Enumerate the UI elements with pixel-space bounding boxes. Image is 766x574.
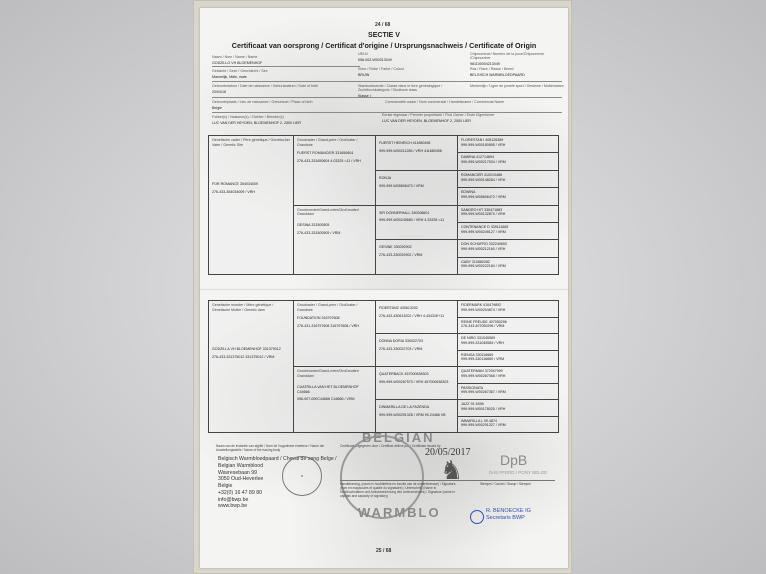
stamp-text-bottom: WARMBLO [358,505,441,520]
ggg-cell: PASSIONATA999-999-W00267367 / VRM [458,383,559,400]
page-number-bottom: 25 / 68 [376,548,391,554]
field-birthplace: Geboorteplaats / Lieu de naissance / Geb… [212,100,362,110]
field-commercial-name: Commerciele naam / Nom commercial / Hand… [385,100,560,104]
field-ueln: UELN056-002-W00313049 [358,52,478,62]
dpb-subtitle: DAS PFERD / PONY BELGE [488,470,548,475]
grandsire-cell: Grootvader / Grand-père / Großvater / Gr… [294,301,376,367]
certificate-title: Certificaat van oorsprong / Certificat d… [200,41,568,50]
divider [212,97,562,98]
gg-cell: DINMARILLA DE LA FAZENDA999-999-W0029132… [376,400,458,433]
round-stamp-icon: ✿ [282,456,322,496]
ggg-cell: FIDERMARK 410479892999-999-W00204874 / V… [458,301,559,318]
issuing-body-label: Naam van de instantie van afgifte / Nom … [216,444,336,452]
divider [212,81,562,82]
ggg-cell: GABY 310880282999-999-W00222184 / VRM [458,257,559,274]
granddam-cell: Grootmoeder/Grand-mère/Großmutter/ Grand… [294,367,376,433]
field-discipline: Merkenlijn / Ligne de jumelé sport / Gew… [470,84,565,88]
field-name: Naam / Nom / Name / NameGODZILLO VH BLOE… [212,55,352,65]
field-breed: Ras / Race / Rasse / BreedBELGISCH WARMB… [470,67,565,77]
ggg-cell: CONTENANCE D 339111665999-999-W00249127 … [458,222,559,239]
certificate-page-top: 24 / 68 SECTIE V Certificaat van oorspro… [200,8,568,291]
ggg-cell: SANDRO HIT 335471883999-999-W00132870 / … [458,205,559,222]
ggg-cell: FLORESTAN I 408126389999-999-W00180895 /… [458,136,559,153]
ggg-cell: DAWINA 412714894999-999-W00217534 / VRM [458,153,559,170]
field-chip: Chipnummer/ Numéro de la puce/Chipnummer… [470,52,565,67]
field-first-owner: Eerste eigenaar / Premier propriétaire /… [382,113,562,123]
ggg-cell: ROMANCIER 410010488999-999-W00148264 / V… [458,170,559,187]
gg-cell: RONJA999-999-W05606473 / VRM [376,170,458,205]
ggg-cell: IMMARILLA L 90.4874999-999-W00291327 / V… [458,416,559,433]
gg-cell: FUERST HEINRICH 411680498999-999-W002112… [376,136,458,171]
dpb-logo: DpB [500,452,527,468]
ggg-cell: QUATERMAN 372047999999-999-W00267068 / V… [458,367,559,384]
signature-label: Handtekening, (naam in hoofdletters en f… [340,482,460,499]
ggg-cell: RIENGA 330116660999-999-330116660 / VRM [458,350,559,367]
field-breeder: Fokker(s) / Naisseur(s) / Züchter / Bree… [212,115,362,125]
field-sex: Geslacht / Sexe / Geschlecht / SexMannel… [212,69,352,79]
certificate-page-bottom: Genetische moeder / Mère génétique / Gen… [200,290,568,568]
stamp-label: Stempel / Cachet / Stamp / Stempel [480,482,560,486]
gg-cell: SIR DONNERHALL 330008601999-999-W0024568… [376,205,458,240]
gg-cell: DONNA DORIA 330022703276-433-330022703 /… [376,334,458,367]
blue-seal-icon [470,510,484,524]
stamp-text-top: BELGIAN [362,430,435,445]
grandsire-cell: Grootvader / Grand-père / Großvater / Gr… [294,136,376,206]
gg-cell: FIDERTANZ 430613202276-443-430613202 / V… [376,301,458,334]
page-number-top: 24 / 68 [375,22,390,28]
gg-cell: GESINE 330092902276-433-330092902 / VRM [376,240,458,275]
dam-cell: Genetische moeder / Mère génétique / Gen… [209,301,294,433]
granddam-cell: Grootmoeder/Grand-mère/Großmutter/ Grand… [294,205,376,275]
divider [340,480,555,481]
section-title: SECTIE V [200,32,568,39]
ggg-cell: DE NIRO 331045589999-999-331045589 / VRH [458,334,559,351]
field-colour: Kleur / Robe / Farbe / ColourBRUIN [358,67,468,77]
sire-cell: Genetische vader / Père génétique / Gene… [209,136,294,275]
ggg-cell: REINE FREUDE 407050296276-343-407050296 … [458,317,559,334]
ggg-cell: DON SCHUFRO 332240693999-999-W00212160 /… [458,240,559,257]
blue-stamp: R. BENOECKE IG Secretaris BWP [486,508,531,521]
ggg-cell: JAZZ 91 6398999-999-W00178025 / VRH [458,400,559,417]
gg-cell: QUATERBACK 457000638303999-999-W00267570… [376,367,458,400]
pedigree-sire-table: Genetische vader / Père génétique / Gene… [208,135,559,275]
pedigree-dam-table: Genetische moeder / Mère génétique / Gen… [208,300,559,433]
ggg-cell: EDWINA999-999-W05606472 / VRM [458,188,559,205]
divider [212,66,360,67]
field-dob: Geboortedatum / Date de naissance / Gebu… [212,84,352,94]
